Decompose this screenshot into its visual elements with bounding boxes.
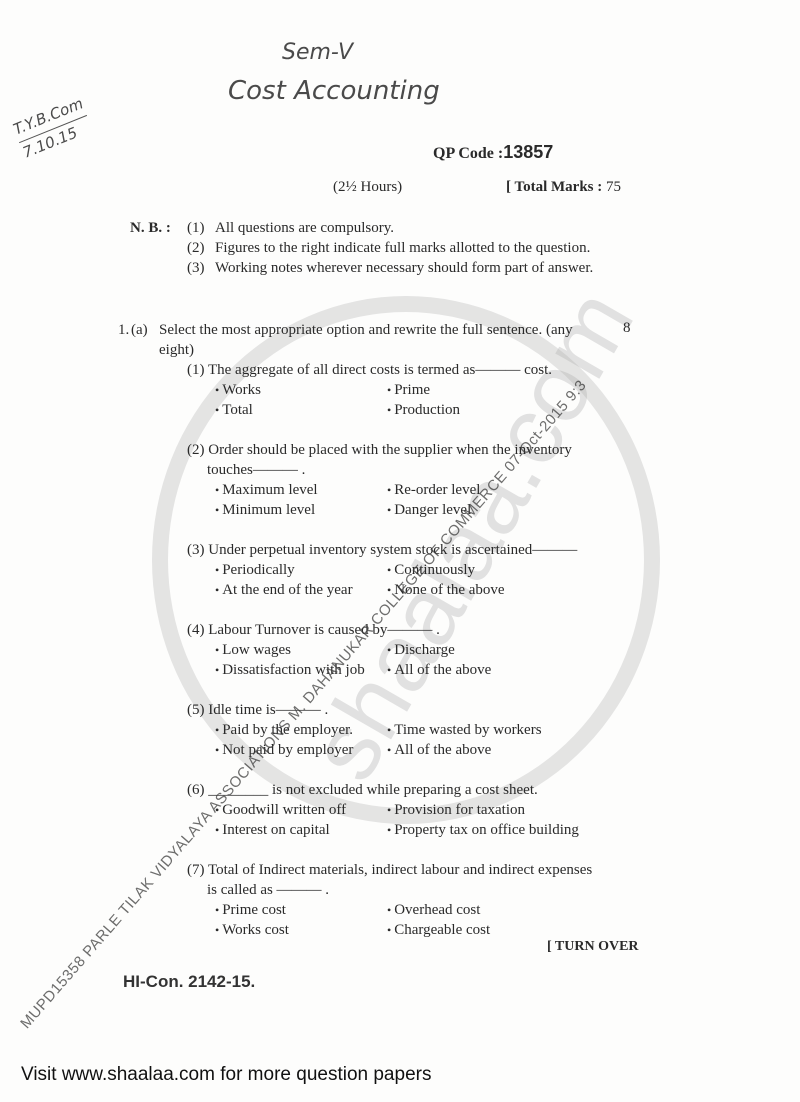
mcq-stem: (7) Total of Indirect materials, indirec… [187, 860, 607, 880]
mcq-option: Prime cost [215, 900, 387, 920]
paper-code: HI-Con. 2142-15. [123, 972, 255, 992]
mcq-option: Production [387, 400, 607, 420]
mcq-option: Chargeable cost [387, 920, 607, 940]
question-part: (a) [131, 320, 148, 340]
mcq-option: Periodically [215, 560, 387, 580]
mcq-option: Time wasted by workers [387, 720, 607, 740]
mcq-option: Provision for taxation [387, 800, 607, 820]
instruction-number: (1) [187, 218, 215, 238]
question-text: Select the most appropriate option and r… [159, 320, 598, 360]
duration: (2½ Hours) [333, 179, 402, 196]
mcq-option: At the end of the year [215, 580, 387, 600]
total-marks-value: 75 [606, 179, 621, 195]
instruction-text: Figures to the right indicate full marks… [215, 238, 600, 258]
mcq-option: Danger level [387, 500, 607, 520]
handwritten-course-date: T.Y.B.Com 7.10.15 [10, 92, 96, 163]
mcq-option: All of the above [387, 660, 607, 680]
mcq-option: Interest on capital [215, 820, 387, 840]
mcq-option: None of the above [387, 580, 607, 600]
mcq-stem: (6) ________ is not excluded while prepa… [187, 780, 607, 800]
mcq-stem: (4) Labour Turnover is caused by——— . [187, 620, 607, 640]
mcq-stem: (2) Order should be placed with the supp… [187, 440, 607, 460]
question-marks: 8 [623, 320, 631, 337]
mcq-item: (3) Under perpetual inventory system sto… [187, 540, 607, 600]
mcq-option: Re-order level [387, 480, 607, 500]
mcq-options: PeriodicallyContinuouslyAt the end of th… [187, 560, 607, 600]
mcq-options: Paid by the employer.Time wasted by work… [187, 720, 607, 760]
mcq-option: Goodwill written off [215, 800, 387, 820]
mcq-option: Minimum level [215, 500, 387, 520]
question-1: 1. (a) Select the most appropriate optio… [118, 320, 598, 360]
turn-over: [ TURN OVER [547, 939, 639, 955]
mcq-options: WorksPrimeTotalProduction [187, 380, 607, 420]
mcq-list: (1) The aggregate of all direct costs is… [187, 360, 607, 960]
mcq-stem-continued: is called as ——— . [187, 880, 607, 900]
qp-code-label: QP Code : [433, 145, 503, 162]
qp-code: QP Code :13857 [433, 142, 553, 163]
mcq-option: Overhead cost [387, 900, 607, 920]
mcq-item: (1) The aggregate of all direct costs is… [187, 360, 607, 420]
mcq-option: Not paid by employer [215, 740, 387, 760]
instructions-label: N. B. : [130, 218, 187, 238]
mcq-options: Goodwill written offProvision for taxati… [187, 800, 607, 840]
mcq-stem: (1) The aggregate of all direct costs is… [187, 360, 607, 380]
mcq-option: Works [215, 380, 387, 400]
mcq-option: Prime [387, 380, 607, 400]
mcq-options: Prime costOverhead costWorks costChargea… [187, 900, 607, 940]
mcq-stem: (3) Under perpetual inventory system sto… [187, 540, 607, 560]
mcq-stem: (5) Idle time is——— . [187, 700, 607, 720]
instruction-text: All questions are compulsory. [215, 218, 600, 238]
mcq-option: Maximum level [215, 480, 387, 500]
mcq-option: Dissatisfaction with job [215, 660, 387, 680]
mcq-item: (5) Idle time is——— .Paid by the employe… [187, 700, 607, 760]
total-marks: [ Total Marks : 75 [506, 179, 621, 196]
instruction-number: (3) [187, 258, 215, 278]
mcq-item: (6) ________ is not excluded while prepa… [187, 780, 607, 840]
mcq-option: Works cost [215, 920, 387, 940]
handwritten-semester: Sem-V [282, 40, 353, 65]
mcq-item: (2) Order should be placed with the supp… [187, 440, 607, 520]
mcq-item: (7) Total of Indirect materials, indirec… [187, 860, 607, 940]
mcq-stem-continued: touches——— . [187, 460, 607, 480]
mcq-option: Property tax on office building [387, 820, 607, 840]
mcq-option: Paid by the employer. [215, 720, 387, 740]
total-marks-label: [ Total Marks : [506, 179, 602, 195]
mcq-option: All of the above [387, 740, 607, 760]
instructions: N. B. : (1) All questions are compulsory… [130, 218, 600, 278]
qp-code-value: 13857 [503, 142, 553, 162]
mcq-options: Low wagesDischargeDissatisfaction with j… [187, 640, 607, 680]
mcq-option: Continuously [387, 560, 607, 580]
question-number: 1. [118, 320, 129, 340]
instruction-number: (2) [187, 238, 215, 258]
mcq-option: Low wages [215, 640, 387, 660]
instruction-text: Working notes wherever necessary should … [215, 258, 600, 278]
mcq-item: (4) Labour Turnover is caused by——— .Low… [187, 620, 607, 680]
mcq-options: Maximum levelRe-order levelMinimum level… [187, 480, 607, 520]
mcq-option: Total [215, 400, 387, 420]
footer-link[interactable]: Visit www.shaalaa.com for more question … [21, 1064, 431, 1086]
handwritten-subject: Cost Accounting [228, 76, 440, 106]
mcq-option: Discharge [387, 640, 607, 660]
